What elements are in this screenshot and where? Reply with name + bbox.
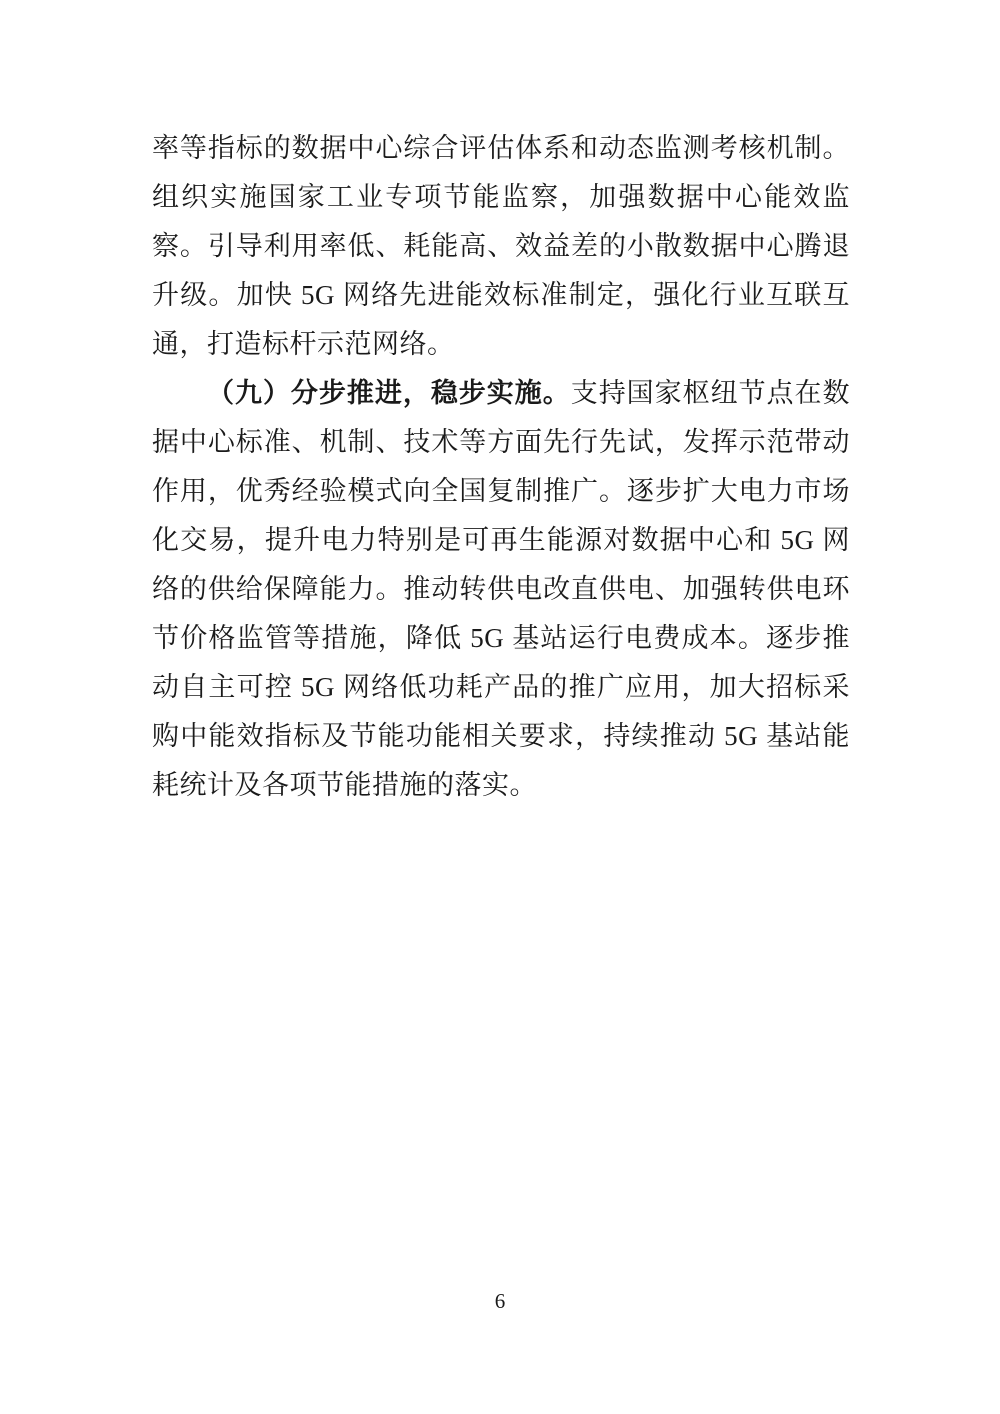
paragraph-section-nine: （九）分步推进，稳步实施。支持国家枢纽节点在数据中心标准、机制、技术等方面先行先… [152,369,850,810]
paragraph-text: 率等指标的数据中心综合评估体系和动态监测考核机制。组织实施国家工业专项节能监察，… [152,133,850,359]
paragraph-text: 支持国家枢纽节点在数据中心标准、机制、技术等方面先行先试，发挥示范带动作用，优秀… [152,378,850,800]
document-page: 率等指标的数据中心综合评估体系和动态监测考核机制。组织实施国家工业专项节能监察，… [0,0,1000,1414]
paragraph-lead-heading: （九）分步推进，稳步实施。 [207,378,571,408]
document-body: 率等指标的数据中心综合评估体系和动态监测考核机制。组织实施国家工业专项节能监察，… [152,124,850,810]
paragraph-continuation: 率等指标的数据中心综合评估体系和动态监测考核机制。组织实施国家工业专项节能监察，… [152,124,850,369]
page-number: 6 [0,1288,1000,1314]
